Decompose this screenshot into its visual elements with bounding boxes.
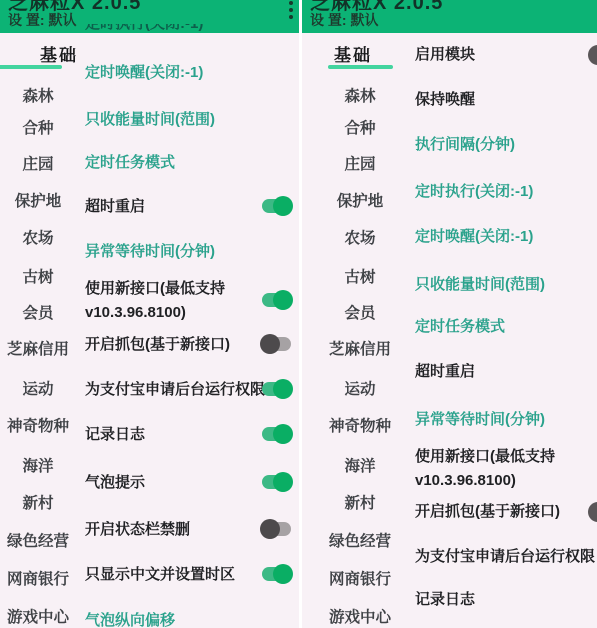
sidebar-item-7[interactable]: 芝麻信用: [0, 337, 93, 359]
setting-label: 定时任务模式: [415, 314, 597, 339]
setting-label: 定时执行(关闭:-1): [415, 179, 597, 204]
toggle-switch-on[interactable]: [262, 382, 291, 396]
sidebar-item-9[interactable]: 神奇物种: [0, 414, 93, 436]
toggle-knob: [273, 472, 293, 492]
setting-item[interactable]: 记录日志: [415, 587, 597, 613]
sidebar-item-12[interactable]: 绿色经营: [305, 529, 415, 551]
sidebar-item-8[interactable]: 运动: [305, 377, 415, 399]
setting-item[interactable]: 异常等待时间(分钟): [85, 239, 299, 265]
setting-item[interactable]: 记录日志: [85, 422, 299, 448]
setting-item[interactable]: 保持唤醒: [415, 87, 597, 113]
sidebar-item-2[interactable]: 庄园: [0, 152, 93, 174]
screenshot-root: 芝麻粒X 2.0.5 设 置: 默认 基础 森林合种庄园保护地农场古树会员芝麻信…: [0, 0, 597, 628]
sidebar-item-3[interactable]: 保护地: [0, 189, 93, 211]
setting-item[interactable]: 超时重启: [85, 194, 299, 220]
setting-item[interactable]: 定时任务模式: [85, 150, 299, 176]
setting-item[interactable]: 开启状态栏禁删: [85, 517, 299, 543]
toggle-switch-on[interactable]: [262, 293, 291, 307]
setting-label: 定时唤醒(关闭:-1): [415, 224, 597, 249]
sidebar-item-11[interactable]: 新村: [305, 491, 415, 513]
sidebar-item-7[interactable]: 芝麻信用: [305, 337, 415, 359]
setting-item-clipped: 定时执行(关闭:-1): [85, 24, 259, 34]
setting-item[interactable]: 超时重启: [415, 359, 597, 385]
settings-profile-label: 设 置: 默认: [310, 10, 378, 30]
settings-profile-label: 设 置: 默认: [8, 10, 76, 30]
setting-item[interactable]: 为支付宝申请后台运行权限: [85, 377, 299, 403]
setting-label: 执行间隔(分钟): [415, 132, 597, 157]
setting-item[interactable]: 气泡纵向偏移: [85, 608, 299, 628]
tab-underline: [328, 65, 393, 69]
setting-label: 启用模块: [415, 42, 597, 67]
sidebar-item-5[interactable]: 古树: [305, 265, 415, 287]
setting-label: 气泡纵向偏移: [85, 608, 299, 628]
setting-item[interactable]: 使用新接口(最低支持v10.3.96.8100): [85, 277, 299, 327]
setting-label: 定时任务模式: [85, 150, 299, 175]
toggle-switch-on[interactable]: [262, 199, 291, 213]
toggle-switch-on[interactable]: [262, 427, 291, 441]
sidebar-item-6[interactable]: 会员: [0, 301, 93, 323]
setting-item[interactable]: 气泡提示: [85, 470, 299, 496]
setting-item[interactable]: 定时任务模式: [415, 314, 597, 340]
settings-panel-left: 芝麻粒X 2.0.5 设 置: 默认 基础 森林合种庄园保护地农场古树会员芝麻信…: [0, 0, 299, 628]
sidebar-item-2[interactable]: 庄园: [305, 152, 415, 174]
toggle-switch-off[interactable]: [262, 337, 291, 351]
sidebar-item-13[interactable]: 网商银行: [305, 567, 415, 589]
setting-item[interactable]: 执行间隔(分钟): [415, 132, 597, 158]
setting-item[interactable]: 启用模块: [415, 42, 597, 68]
setting-item[interactable]: 只收能量时间(范围): [85, 107, 299, 133]
toggle-knob: [260, 519, 280, 539]
sidebar-item-12[interactable]: 绿色经营: [0, 529, 93, 551]
sidebar-item-14[interactable]: 游戏中心: [305, 605, 415, 627]
setting-label: 异常等待时间(分钟): [415, 407, 597, 432]
sidebar-item-10[interactable]: 海洋: [0, 454, 93, 476]
toggle-knob: [273, 564, 293, 584]
setting-label: 超时重启: [415, 359, 597, 384]
setting-label: 记录日志: [415, 587, 597, 612]
setting-label: 为支付宝申请后台运行权限: [415, 544, 597, 569]
sidebar-item-1[interactable]: 合种: [305, 116, 415, 138]
setting-item[interactable]: 只收能量时间(范围): [415, 272, 597, 298]
tab-basic[interactable]: 基础: [40, 41, 78, 66]
setting-item[interactable]: 开启抓包(基于新接口): [85, 332, 299, 358]
toggle-knob: [260, 334, 280, 354]
setting-item[interactable]: 定时执行(关闭:-1): [415, 179, 597, 205]
toggle-knob: [273, 290, 293, 310]
setting-item[interactable]: 只显示中文并设置时区: [85, 562, 299, 588]
setting-label: 使用新接口(最低支持v10.3.96.8100): [415, 445, 597, 493]
setting-item[interactable]: 开启抓包(基于新接口): [415, 499, 597, 525]
sidebar-item-4[interactable]: 农场: [305, 226, 415, 248]
setting-item[interactable]: 定时唤醒(关闭:-1): [85, 60, 299, 86]
tab-basic[interactable]: 基础: [334, 41, 372, 66]
sidebar-item-11[interactable]: 新村: [0, 491, 93, 513]
setting-label: 定时唤醒(关闭:-1): [85, 60, 299, 85]
sidebar-item-6[interactable]: 会员: [305, 301, 415, 323]
sidebar-item-8[interactable]: 运动: [0, 377, 93, 399]
sidebar-item-4[interactable]: 农场: [0, 226, 93, 248]
toggle-knob: [273, 379, 293, 399]
sidebar-item-13[interactable]: 网商银行: [0, 567, 93, 589]
sidebar-item-3[interactable]: 保护地: [305, 189, 415, 211]
sidebar-item-14[interactable]: 游戏中心: [0, 605, 93, 627]
toggle-knob: [273, 424, 293, 444]
setting-label: 异常等待时间(分钟): [85, 239, 299, 264]
setting-item[interactable]: 使用新接口(最低支持v10.3.96.8100): [415, 445, 597, 495]
toggle-switch-on[interactable]: [262, 567, 291, 581]
setting-label: 开启抓包(基于新接口): [415, 499, 597, 524]
setting-item[interactable]: 定时唤醒(关闭:-1): [415, 224, 597, 250]
setting-label: 只收能量时间(范围): [415, 272, 597, 297]
sidebar-item-0[interactable]: 森林: [305, 84, 415, 106]
app-bar: 芝麻粒X 2.0.5 设 置: 默认: [302, 0, 597, 33]
sidebar-item-10[interactable]: 海洋: [305, 454, 415, 476]
sidebar-item-5[interactable]: 古树: [0, 265, 93, 287]
toggle-switch-on[interactable]: [262, 475, 291, 489]
sidebar-item-1[interactable]: 合种: [0, 116, 93, 138]
setting-label: 定时执行(关闭:-1): [85, 24, 259, 34]
sidebar-item-0[interactable]: 森林: [0, 84, 93, 106]
setting-item[interactable]: 为支付宝申请后台运行权限: [415, 544, 597, 570]
tab-underline: [0, 65, 62, 69]
setting-label: 保持唤醒: [415, 87, 597, 112]
settings-panel-right: 芝麻粒X 2.0.5 设 置: 默认 基础 森林合种庄园保护地农场古树会员芝麻信…: [302, 0, 597, 628]
sidebar-item-9[interactable]: 神奇物种: [305, 414, 415, 436]
toggle-knob: [273, 196, 293, 216]
panel-divider: [299, 0, 302, 628]
setting-item[interactable]: 异常等待时间(分钟): [415, 407, 597, 433]
toggle-switch-off[interactable]: [262, 522, 291, 536]
more-menu-icon[interactable]: [289, 1, 293, 23]
setting-label: 只收能量时间(范围): [85, 107, 299, 132]
